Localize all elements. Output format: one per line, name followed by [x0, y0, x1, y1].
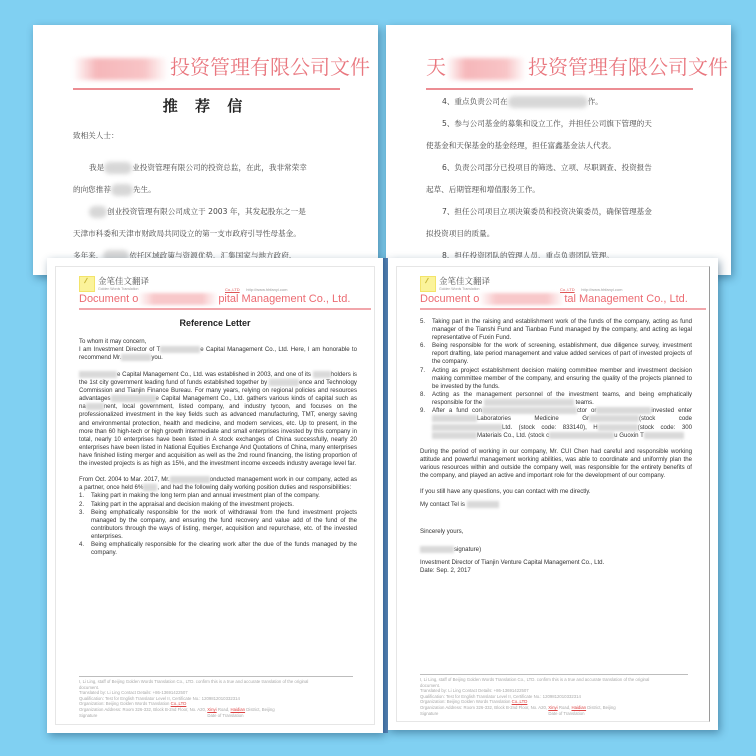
duties-list: 5.Taking part in the raising and establi…	[420, 318, 692, 440]
english-translation-page-1: 金笔佳文翻译 Golden Words Translation Co.,LTD …	[47, 258, 383, 733]
logo-en-text: Golden Words Translation	[439, 287, 490, 291]
chinese-letter-page-1: 投资管理有限公司文件 推 荐 信 致相关人士： 我是业投资管理有限公司的投资总监…	[33, 25, 378, 275]
header-text: 投资管理有限公司文件	[170, 55, 370, 79]
document-header: Document otal Management Co., Ltd.	[420, 292, 692, 306]
chinese-letter-page-2: 天投资管理有限公司文件 4、重点负责公司在作。 5、参与公司基金的募集和设立工作…	[386, 25, 731, 275]
redacted-company-name	[479, 293, 564, 305]
duties-list: 1.Taking part in making the long term pl…	[79, 492, 357, 557]
header-rule	[420, 308, 706, 310]
list-item: 5、参与公司基金的募集和设立工作，并担任公司旗下管理的天	[426, 113, 691, 135]
redacted-company-name	[138, 293, 218, 305]
letter-body: To whom it may concern, I am Investment …	[79, 338, 357, 557]
pen-logo-icon	[79, 276, 95, 292]
list-item-cont: 使基金和天保基金的基金经理，担任富鑫基金法人代表。	[426, 135, 691, 157]
redaction	[104, 162, 132, 174]
closing-paragraph: During the period of working in our comp…	[420, 448, 692, 480]
english-translation-page-2: 金笔佳文翻译 Golden Words Translation Co.,LTD …	[388, 258, 718, 730]
list-item: 7.Acting as project establishment decisi…	[420, 367, 692, 391]
salutation: To whom it may concern,	[79, 338, 357, 346]
logo-en-text: Golden Words Translation	[98, 287, 149, 291]
salutation: 致相关人士：	[73, 125, 338, 147]
body-line: 的向您推荐先生。	[73, 179, 338, 201]
header-text: 投资管理有限公司文件	[528, 55, 728, 79]
list-item: 3.Being emphatically responsible for the…	[79, 509, 357, 541]
translator-logo: 金笔佳文翻译 Golden Words Translation	[420, 276, 490, 292]
list-item: 4、重点负责公司在作。	[426, 91, 691, 113]
document-header: Document opital Management Co., Ltd.	[79, 292, 357, 306]
list-item: 9. After a fund conctor orinvested enter…	[420, 407, 692, 440]
translator-certification-footer: I, Li Ling, staff of Beijing Golden Word…	[420, 674, 688, 716]
list-item: 4.Being emphatically responsible for the…	[79, 541, 357, 557]
redaction	[111, 184, 133, 196]
translator-logo: 金笔佳文翻译 Golden Words Translation	[79, 276, 149, 292]
redacted-company-name	[73, 58, 168, 80]
header-rule	[79, 308, 371, 310]
list-item: 7、担任公司项目立项决策委员和投资决策委员，确保管理基金	[426, 201, 691, 223]
letter-date: Date: Sep. 2, 2017	[420, 567, 692, 575]
letter-title: 推 荐 信	[33, 95, 378, 116]
header-rule	[73, 88, 340, 90]
body-line: 我是业投资管理有限公司的投资总监，在此，我非常荣幸	[73, 157, 338, 179]
list-item: 6、负责公司部分已投项目的筛选、立项、尽职调查、投资报告	[426, 157, 691, 179]
tenure-paragraph: From Oct. 2004 to Mar. 2017, Mr.onducted…	[79, 476, 357, 492]
letter-body: 致相关人士： 我是业投资管理有限公司的投资总监，在此，我非常荣幸 的向您推荐先生…	[73, 125, 338, 267]
signature-line: signature)	[420, 546, 692, 554]
company-document-header: 投资管理有限公司文件	[73, 47, 338, 87]
letter-body: 5.Taking part in the raising and establi…	[420, 318, 692, 575]
translator-certification-footer: I, Li Ling, staff of Beijing Golden Word…	[79, 676, 353, 718]
signer-title: Investment Director of Tianjin Venture C…	[420, 559, 692, 567]
list-item: 8.Acting as the management personnel of …	[420, 391, 692, 407]
sincerely-line: Sincerely yours,	[420, 528, 692, 536]
letter-title: Reference Letter	[47, 318, 383, 328]
list-item: 6.Being responsible for the work of scre…	[420, 342, 692, 366]
questions-line: If you still have any questions, you can…	[420, 488, 692, 496]
list-item: 5.Taking part in the raising and establi…	[420, 318, 692, 342]
logo-cn-text: 金笔佳文翻译	[439, 277, 490, 287]
letter-body: 4、重点负责公司在作。 5、参与公司基金的募集和设立工作，并担任公司旗下管理的天…	[426, 91, 691, 275]
list-item: 2.Taking part in the appraisal and decis…	[79, 501, 357, 509]
pen-logo-icon	[420, 276, 436, 292]
company-document-header: 天投资管理有限公司文件	[426, 47, 691, 87]
header-rule	[426, 88, 693, 90]
redaction	[89, 206, 107, 218]
logo-cn-text: 金笔佳文翻译	[98, 277, 149, 287]
company-paragraph: e Capital Management Co., Ltd. was estab…	[79, 371, 357, 469]
list-item-cont: 起草、后期管理和增值服务工作。	[426, 179, 691, 201]
list-item: 1.Taking part in making the long term pl…	[79, 492, 357, 500]
redaction	[508, 96, 588, 108]
contact-line: My contact Tel is	[420, 501, 692, 509]
body-line: 天津市科委和天津市财政局共同设立的第一支市政府引导性母基金。	[73, 223, 338, 245]
body-line: 创业投资管理有限公司成立于 2003 年，其发起股东之一是	[73, 201, 338, 223]
list-item-cont: 拟投资项目的质量。	[426, 223, 691, 245]
redacted-company-name	[446, 58, 526, 80]
intro: I am Investment Director of Te Capital M…	[79, 346, 357, 362]
